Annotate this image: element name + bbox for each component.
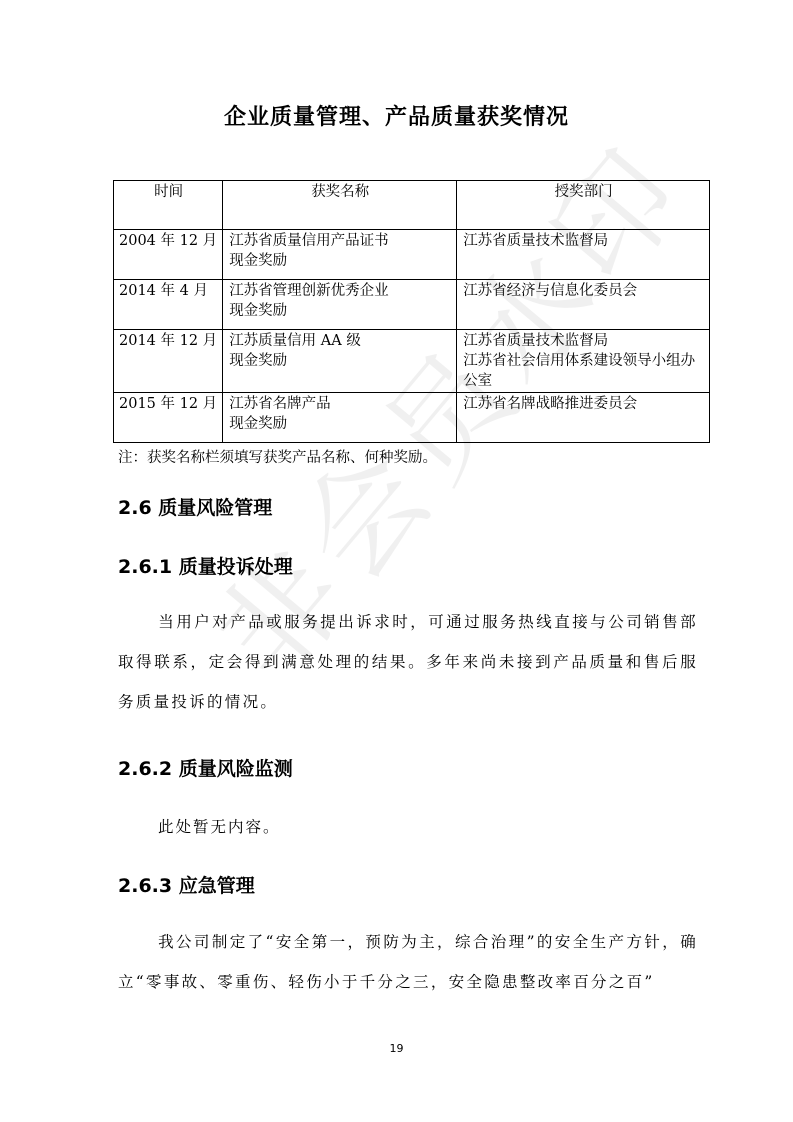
section-heading-2-6: 2.6 质量风险管理 [118, 493, 272, 520]
table-row: 2014 年 12 月 江苏质量信用 AA 级现金奖励 江苏省质量技术监督局江苏… [114, 330, 710, 393]
paragraph-risk-monitoring: 此处暂无内容。 [158, 815, 281, 837]
table-note: 注：获奖名称栏须填写获奖产品名称、何种奖励。 [118, 446, 437, 467]
award-name-line: 江苏省名牌产品 [229, 394, 451, 414]
table-header-row: 时间 获奖名称 授奖部门 [114, 181, 710, 230]
section-heading-2-6-3: 2.6.3 应急管理 [118, 871, 255, 898]
department-line: 江苏省质量技术监督局 [463, 331, 704, 351]
department-line: 江苏省名牌战略推进委员会 [463, 394, 704, 414]
cell-time: 2014 年 12 月 [114, 330, 223, 393]
header-award-name: 获奖名称 [223, 181, 457, 230]
department-line: 江苏省经济与信息化委员会 [463, 281, 704, 301]
cell-department: 江苏省质量技术监督局 [457, 230, 710, 280]
header-time: 时间 [114, 181, 223, 230]
award-name-line: 现金奖励 [229, 301, 451, 321]
paragraph-complaint-handling: 当用户对产品或服务提出诉求时，可通过服务热线直接与公司销售部取得联系，定会得到满… [118, 602, 698, 722]
award-name-line: 江苏质量信用 AA 级 [229, 331, 451, 351]
paragraph-emergency-management: 我公司制定了“安全第一，预防为主，综合治理”的安全生产方针，确立“零事故、零重伤… [118, 922, 698, 1002]
award-name-line: 江苏省管理创新优秀企业 [229, 281, 451, 301]
paragraph-text: 当用户对产品或服务提出诉求时，可通过服务热线直接与公司销售部取得联系，定会得到满… [118, 613, 698, 711]
award-name-line: 现金奖励 [229, 251, 451, 271]
award-name-line: 现金奖励 [229, 351, 451, 371]
table-row: 2015 年 12 月 江苏省名牌产品现金奖励 江苏省名牌战略推进委员会 [114, 393, 710, 443]
awards-table: 时间 获奖名称 授奖部门 2004 年 12 月 江苏省质量信用产品证书现金奖励… [113, 180, 710, 443]
section-heading-2-6-2: 2.6.2 质量风险监测 [118, 754, 293, 781]
cell-time: 2004 年 12 月 [114, 230, 223, 280]
cell-department: 江苏省质量技术监督局江苏省社会信用体系建设领导小组办公室 [457, 330, 710, 393]
paragraph-text: 我公司制定了“安全第一，预防为主，综合治理”的安全生产方针，确立“零事故、零重伤… [118, 933, 698, 991]
document-page: 非会员水印 企业质量管理、产品质量获奖情况 时间 获奖名称 授奖部门 2004 … [0, 0, 793, 1122]
cell-department: 江苏省名牌战略推进委员会 [457, 393, 710, 443]
table-row: 2004 年 12 月 江苏省质量信用产品证书现金奖励 江苏省质量技术监督局 [114, 230, 710, 280]
cell-time: 2014 年 4 月 [114, 280, 223, 330]
cell-award-name: 江苏省质量信用产品证书现金奖励 [223, 230, 457, 280]
award-name-line: 现金奖励 [229, 414, 451, 434]
section-heading-2-6-1: 2.6.1 质量投诉处理 [118, 552, 293, 579]
department-line: 江苏省质量技术监督局 [463, 231, 704, 251]
department-line: 江苏省社会信用体系建设领导小组办公室 [463, 351, 704, 391]
header-department: 授奖部门 [457, 181, 710, 230]
cell-award-name: 江苏质量信用 AA 级现金奖励 [223, 330, 457, 393]
cell-time: 2015 年 12 月 [114, 393, 223, 443]
page-number: 19 [0, 1042, 793, 1055]
table-row: 2014 年 4 月 江苏省管理创新优秀企业现金奖励 江苏省经济与信息化委员会 [114, 280, 710, 330]
document-title: 企业质量管理、产品质量获奖情况 [0, 100, 793, 131]
cell-award-name: 江苏省名牌产品现金奖励 [223, 393, 457, 443]
award-name-line: 江苏省质量信用产品证书 [229, 231, 451, 251]
cell-department: 江苏省经济与信息化委员会 [457, 280, 710, 330]
cell-award-name: 江苏省管理创新优秀企业现金奖励 [223, 280, 457, 330]
